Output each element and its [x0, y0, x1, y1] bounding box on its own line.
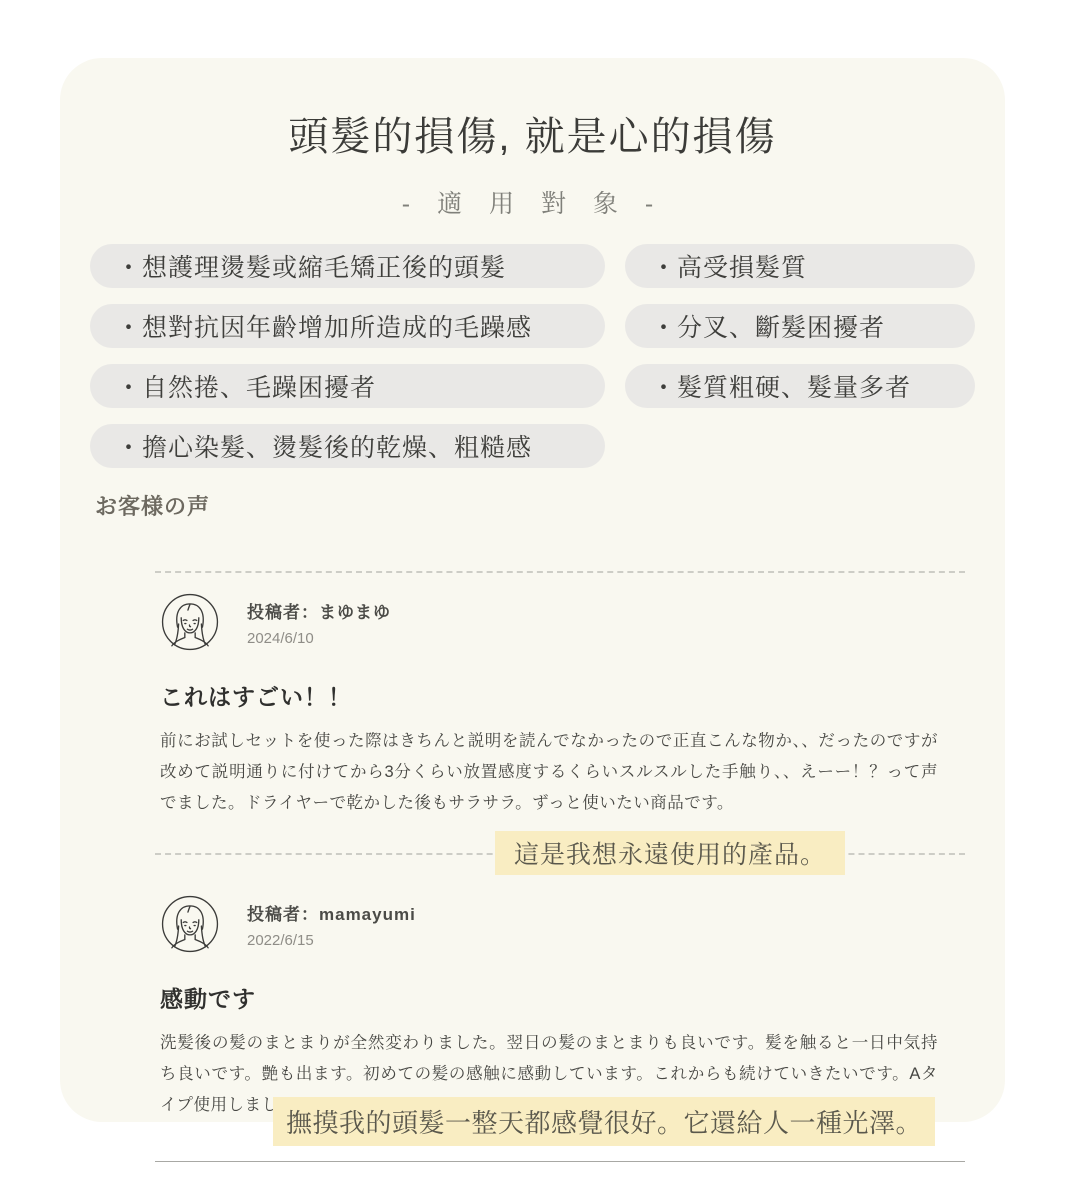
review-date: 2024/6/10	[247, 630, 391, 647]
page: 頭髮的損傷, 就是心的損傷 - 適 用 對 象 - ・想護理燙髮或縮毛矯正後的頭…	[0, 0, 1065, 1180]
review-title: これはすごい！！	[160, 679, 965, 712]
dashed-divider	[155, 571, 965, 573]
product-info-card: 頭髮的損傷, 就是心的損傷 - 適 用 對 象 - ・想護理燙髮或縮毛矯正後的頭…	[60, 58, 1005, 1122]
avatar	[161, 895, 219, 953]
review-header: 投稿者：mamayumi 2022/6/15	[155, 895, 965, 953]
highlight-quote: 撫摸我的頭髮一整天都感覺很好。它還給人一種光澤。	[273, 1097, 935, 1146]
avatar	[161, 593, 219, 651]
review-title: 感動です	[160, 981, 965, 1014]
review-header: 投稿者：まゆまゆ 2024/6/10	[155, 593, 965, 651]
audience-right-column: ・高受損髮質 ・分叉、斷髮困擾者 ・髮質粗硬、髮量多者	[625, 244, 975, 408]
dashed-divider-with-quote: 這是我想永遠使用的產品。	[155, 831, 965, 875]
review-author: 投稿者：まゆまゆ	[247, 598, 391, 623]
solid-divider	[155, 1161, 965, 1162]
reviews-section: 投稿者：まゆまゆ 2024/6/10 これはすごい！！ 前にお試しセットを使った…	[155, 571, 965, 1162]
person-icon	[161, 593, 219, 651]
audience-left-column: ・想護理燙髮或縮毛矯正後的頭髮 ・想對抗因年齡增加所造成的毛躁感 ・自然捲、毛躁…	[90, 244, 605, 468]
audience-pill: ・自然捲、毛躁困擾者	[90, 364, 605, 408]
audience-pill: ・高受損髮質	[625, 244, 975, 288]
reviews-heading: お客様の声	[95, 490, 1005, 521]
person-icon	[161, 895, 219, 953]
audience-pill: ・擔心染髮、燙髮後的乾燥、粗糙感	[90, 424, 605, 468]
review-body: 前にお試しセットを使った際はきちんと説明を読んでなかったので正直こんな物か、、だ…	[160, 726, 938, 819]
review-meta: 投稿者：mamayumi 2022/6/15	[247, 900, 416, 949]
headline: 頭髮的損傷, 就是心的損傷	[60, 105, 1005, 162]
audience-pill: ・想對抗因年齡增加所造成的毛躁感	[90, 304, 605, 348]
audience-pill: ・髮質粗硬、髮量多者	[625, 364, 975, 408]
highlight-quote: 這是我想永遠使用的產品。	[495, 831, 845, 875]
review-author: 投稿者：mamayumi	[247, 900, 416, 925]
audience-section: ・想護理燙髮或縮毛矯正後的頭髮 ・想對抗因年齡增加所造成的毛躁感 ・自然捲、毛躁…	[90, 244, 975, 468]
review-date: 2022/6/15	[247, 932, 416, 949]
audience-subtitle: - 適 用 對 象 -	[60, 184, 1005, 220]
audience-pill: ・想護理燙髮或縮毛矯正後的頭髮	[90, 244, 605, 288]
audience-pill: ・分叉、斷髮困擾者	[625, 304, 975, 348]
review-meta: 投稿者：まゆまゆ 2024/6/10	[247, 598, 391, 647]
